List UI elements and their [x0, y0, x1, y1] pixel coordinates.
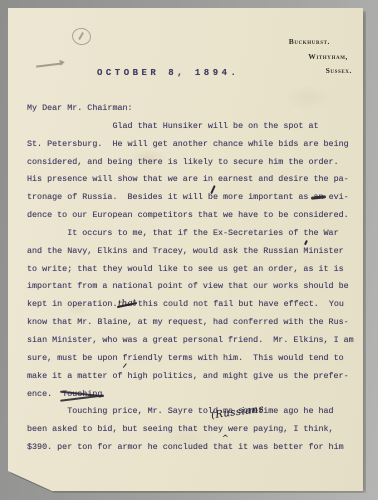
- letterhead-line: Withyham,: [289, 50, 348, 65]
- typed-text: kept in operation.: [27, 299, 117, 309]
- typed-text: this could not fail but have effect. You: [138, 299, 344, 309]
- typed-text: Touching price, Mr. Sayre told me someti…: [27, 406, 334, 416]
- letter-line: St. Petersburg. He will get another chan…: [27, 136, 367, 154]
- typed-text: ence.: [27, 389, 62, 399]
- letter-line: kept in operation.thatthis could not fai…: [27, 296, 367, 314]
- typed-text: St. Petersburg. He will get another chan…: [27, 139, 349, 149]
- typed-text: tronage of Russia. Besides it will be mo…: [27, 192, 313, 202]
- typed-text: sure, must be upon friendly terms with h…: [27, 353, 344, 363]
- letter-line: My Dear Mr. Chairman:: [27, 100, 367, 118]
- letter-paper: Buckhurst. Withyham, Sussex. OCTOBER 8, …: [8, 8, 363, 491]
- typed-text: dence to our European competitors that w…: [27, 210, 349, 220]
- letter-line: considered, and being there is likely to…: [27, 154, 367, 172]
- pencil-mark-circle: [70, 26, 92, 47]
- letter-line: sure, must be upon friendly terms with h…: [27, 350, 367, 368]
- typed-text: Glad that Hunsiker will be on the spot a…: [27, 121, 319, 131]
- typed-text: considered, and being there is likely to…: [27, 157, 339, 167]
- handwritten-insertion-anchor: (Russians^: [223, 421, 228, 429]
- letter-line: and the Navy, Elkins and Tracey, would a…: [27, 243, 367, 261]
- typed-text: to write; that they would like to see us…: [27, 264, 344, 274]
- letter-line: ence. Touching: [27, 386, 367, 404]
- typed-text: evi-: [324, 192, 349, 202]
- typed-text: make it a matter of: [27, 371, 123, 381]
- letter-line: Glad that Hunsiker will be on the spot a…: [27, 118, 367, 136]
- pencil-mark-arrow: [36, 62, 63, 67]
- photo-mat: Buckhurst. Withyham, Sussex. OCTOBER 8, …: [0, 0, 378, 500]
- letter-line: tronage of Russia. Besides it will be mo…: [27, 189, 367, 207]
- crossed-out-word: Touching: [62, 389, 102, 399]
- letter-line: dence to our European competitors that w…: [27, 207, 367, 225]
- typed-text: sian Minister, who was a great personal …: [27, 335, 354, 345]
- handwritten-scribble: that: [118, 296, 138, 315]
- insertion-caret: ^: [222, 430, 229, 448]
- letterhead-line: Buckhurst.: [289, 35, 330, 50]
- typed-text: My Dear Mr. Chairman:: [27, 103, 133, 113]
- typed-text: and the Navy, Elkins and Tracey, would a…: [27, 246, 344, 256]
- typed-text: It occurs to me, that if the Ex-Secretar…: [27, 228, 339, 238]
- letter-line: $390. per ton for armor he concluded tha…: [27, 439, 367, 457]
- letter-line: know that Mr. Blaine, at my request, had…: [27, 314, 367, 332]
- letter-line: His presence will show that we are in ea…: [27, 171, 367, 189]
- typed-text: His presence will show that we are in ea…: [27, 174, 349, 184]
- date-line: OCTOBER 8, 1894.: [97, 68, 239, 78]
- letter-line: important from a national point of view …: [27, 278, 367, 296]
- typed-text: $390. per ton for armor he concluded tha…: [27, 442, 344, 452]
- letter-line: Touching price, Mr. Sayre told me someti…: [27, 403, 367, 421]
- letter-line: make it a matter of high politics, and m…: [27, 368, 367, 386]
- letter-line: sian Minister, who was a great personal …: [27, 332, 367, 350]
- letter-line: to write; that they would like to see us…: [27, 261, 367, 279]
- letter-body: My Dear Mr. Chairman: Glad that Hunsiker…: [27, 100, 367, 457]
- typed-text: know that Mr. Blaine, at my request, had…: [27, 317, 349, 327]
- typed-text: high politics, and might give us the pre…: [128, 371, 349, 381]
- letterhead: Buckhurst. Withyham, Sussex.: [289, 35, 352, 79]
- letter-line: been asked to bid, but seeing that they …: [27, 421, 367, 439]
- pen-caret: [123, 368, 128, 376]
- typed-text: been asked to bid, but seeing that they: [27, 424, 223, 434]
- letter-line: It occurs to me, that if the Ex-Secretar…: [27, 225, 367, 243]
- struck-word: an: [313, 192, 323, 202]
- letterhead-line: Sussex.: [289, 64, 352, 79]
- typed-text: were paying, I think,: [228, 424, 334, 434]
- typed-text: important from a national point of view …: [27, 281, 349, 291]
